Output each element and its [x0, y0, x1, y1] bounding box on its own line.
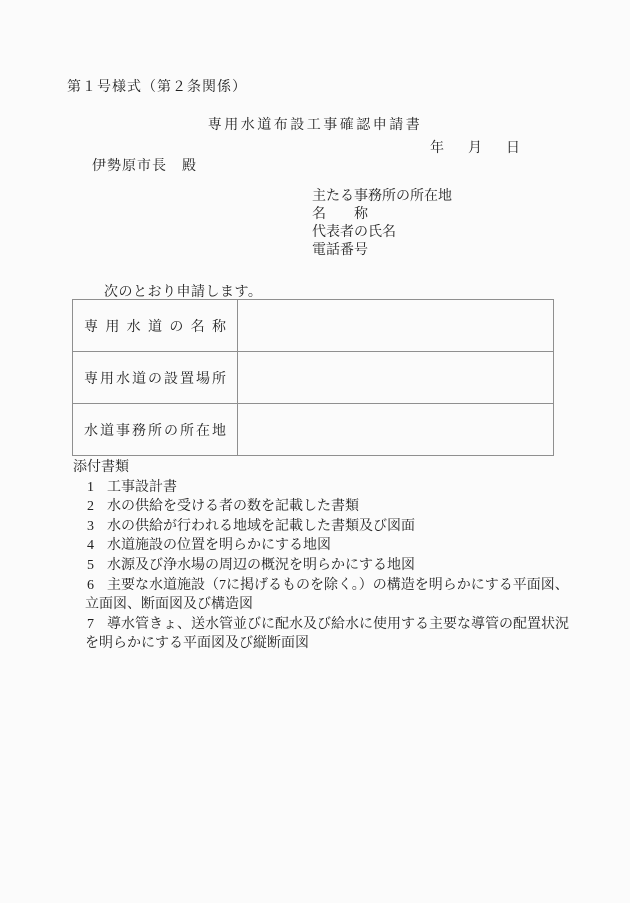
attachment-item: 6 主要な水道施設（7に掲げるものを除く。）の構造を明らかにする平面図、	[73, 576, 573, 596]
attachment-item: 5 水源及び浄水場の周辺の概況を明らかにする地図	[73, 556, 573, 576]
date-year-label: 年	[430, 137, 444, 157]
item-number: 3	[87, 517, 107, 537]
phone-label: 電話番号	[312, 242, 452, 260]
date-day-label: 日	[506, 137, 520, 157]
row-label: 専用水道の名称	[84, 316, 226, 336]
attachment-item: 7 導水管きょ、送水管並びに配水及び給水に使用する主要な導管の配置状況	[73, 615, 573, 635]
table-row: 専用水道の名称	[73, 300, 554, 352]
document-title: 専用水道布設工事確認申請書	[0, 114, 630, 134]
attachments-heading: 添付書類	[73, 458, 573, 478]
item-text: 水の供給を受ける者の数を記載した書類	[107, 497, 359, 517]
attachments-section: 添付書類 1 工事設計書 2 水の供給を受ける者の数を記載した書類 3 水の供給…	[73, 458, 573, 654]
application-form-page: 第１号様式（第２条関係） 専用水道布設工事確認申請書 年 月 日 伊勢原市長 殿…	[0, 0, 630, 903]
item-text: 水道施設の位置を明らかにする地図	[107, 536, 331, 556]
office-address-label: 主たる事務所の所在地	[312, 188, 452, 206]
application-table: 専用水道の名称 専用水道の設置場所 水道事務所の所在地	[72, 299, 554, 456]
attachment-item: 2 水の供給を受ける者の数を記載した書類	[73, 497, 573, 517]
row-label: 水道事務所の所在地	[84, 420, 226, 440]
row-value-cell	[238, 404, 554, 456]
item-number: 2	[87, 497, 107, 517]
item-text-continuation: 立面図、断面図及び構造図	[73, 595, 573, 615]
table-row: 水道事務所の所在地	[73, 404, 554, 456]
attachment-item: 3 水の供給が行われる地域を記載した書類及び図面	[73, 517, 573, 537]
item-text: 導水管きょ、送水管並びに配水及び給水に使用する主要な導管の配置状況	[107, 615, 569, 635]
attachment-item: 4 水道施設の位置を明らかにする地図	[73, 536, 573, 556]
item-text: 主要な水道施設（7に掲げるものを除く。）の構造を明らかにする平面図、	[107, 576, 569, 596]
item-number: 4	[87, 536, 107, 556]
item-text-continuation: を明らかにする平面図及び縦断面図	[73, 634, 573, 654]
row-label: 専用水道の設置場所	[84, 368, 226, 388]
item-text: 工事設計書	[107, 478, 177, 498]
attachment-item: 1 工事設計書	[73, 478, 573, 498]
form-number: 第１号様式（第２条関係）	[67, 76, 247, 96]
item-number: 6	[87, 576, 107, 596]
intro-statement: 次のとおり申請します。	[104, 281, 262, 301]
name-label: 名 称	[312, 206, 452, 224]
item-number: 7	[87, 615, 107, 635]
representative-label: 代表者の氏名	[312, 224, 452, 242]
item-text: 水の供給が行われる地域を記載した書類及び図面	[107, 517, 415, 537]
row-value-cell	[238, 300, 554, 352]
row-label-cell: 専用水道の設置場所	[73, 352, 238, 404]
date-line: 年 月 日	[430, 137, 520, 157]
recipient-line: 伊勢原市長 殿	[92, 155, 197, 175]
row-label-cell: 専用水道の名称	[73, 300, 238, 352]
row-value-cell	[238, 352, 554, 404]
item-number: 1	[87, 478, 107, 498]
applicant-info-block: 主たる事務所の所在地 名 称 代表者の氏名 電話番号	[312, 188, 452, 260]
date-month-label: 月	[468, 137, 482, 157]
item-text: 水源及び浄水場の周辺の概況を明らかにする地図	[107, 556, 415, 576]
item-number: 5	[87, 556, 107, 576]
row-label-cell: 水道事務所の所在地	[73, 404, 238, 456]
table-row: 専用水道の設置場所	[73, 352, 554, 404]
